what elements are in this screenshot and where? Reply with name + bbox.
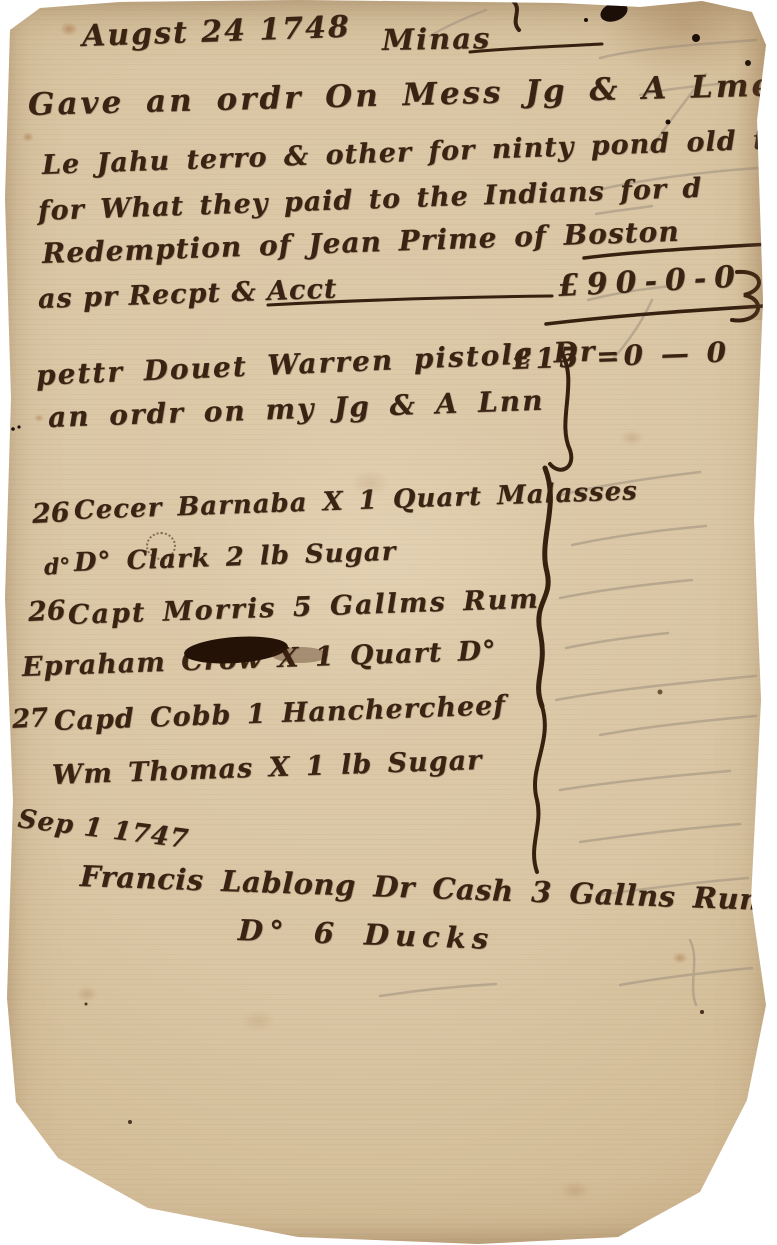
- foxing-stain: [240, 1010, 276, 1032]
- order-note-line4: Redemption of Jean Prime of Boston: [42, 218, 681, 268]
- ledger-entry: D° Clark 2 lb Sugar: [74, 539, 397, 576]
- amount-ninety-pounds: £90-0-0: [557, 262, 744, 302]
- order-note-line1: Gave an ordr On Mess Jg & A Lmer: [28, 70, 777, 121]
- ledger-entry: Capt Morris 5 Gallms Rum: [68, 586, 541, 629]
- underline-ninety: [546, 306, 764, 324]
- entry-date-september: Sep 1 1747: [16, 806, 190, 853]
- foxing-stain: [620, 430, 644, 446]
- ledger-entry: Wm Thomas X 1 lb Sugar: [52, 747, 483, 789]
- top-right-ink-blot: [598, 0, 630, 25]
- top-hook-mark: [513, 1, 519, 30]
- pistole-note-line2: an ordr on my Jg & A Lnn: [48, 387, 545, 432]
- amount-fifteen-pounds: £15 =0 — 0: [512, 338, 731, 374]
- manuscript-page: Augst 24 1748 Minas Gave an ordr On Mess…: [0, 0, 777, 1245]
- order-note-line2: Le Jahu terro & other for ninty pond old…: [42, 125, 777, 179]
- foxing-stain: [34, 414, 44, 422]
- foxing-stain: [672, 952, 688, 964]
- entry-day: 26: [31, 499, 70, 528]
- entry-day: 27: [11, 705, 48, 733]
- foxing-stain: [22, 132, 34, 142]
- foxing-stain: [76, 986, 98, 1002]
- margin-dot: [11, 427, 15, 431]
- ledger-entry: Capd Cobb 1 Hanchercheef: [54, 692, 507, 735]
- entry-day: d°: [43, 555, 71, 578]
- footer-entry-lablong: Francis Lablong Dr Cash 3 Gallns Rum: [79, 862, 770, 915]
- entry-day: 26: [27, 597, 66, 626]
- scanned-manuscript: Augst 24 1748 Minas Gave an ordr On Mess…: [0, 0, 777, 1245]
- order-note-line5: as pr Recpt & Acct: [38, 276, 338, 313]
- foxing-stain: [560, 1180, 590, 1200]
- ledger-entry: Epraham Crow X 1 Quart D°: [22, 637, 497, 681]
- ledger-entry: Cecer Barnaba X 1 Quart Malasses: [74, 478, 639, 524]
- footer-entry-ducks: D° 6 Ducks: [237, 916, 494, 954]
- entry-date-august: Augst 24 1748: [81, 13, 351, 52]
- place-name: Minas: [382, 24, 492, 55]
- entries-brace-tail: [534, 706, 545, 872]
- margin-dot: [4, 424, 8, 428]
- margin-dot: [17, 425, 20, 428]
- foxing-stain: [60, 22, 78, 36]
